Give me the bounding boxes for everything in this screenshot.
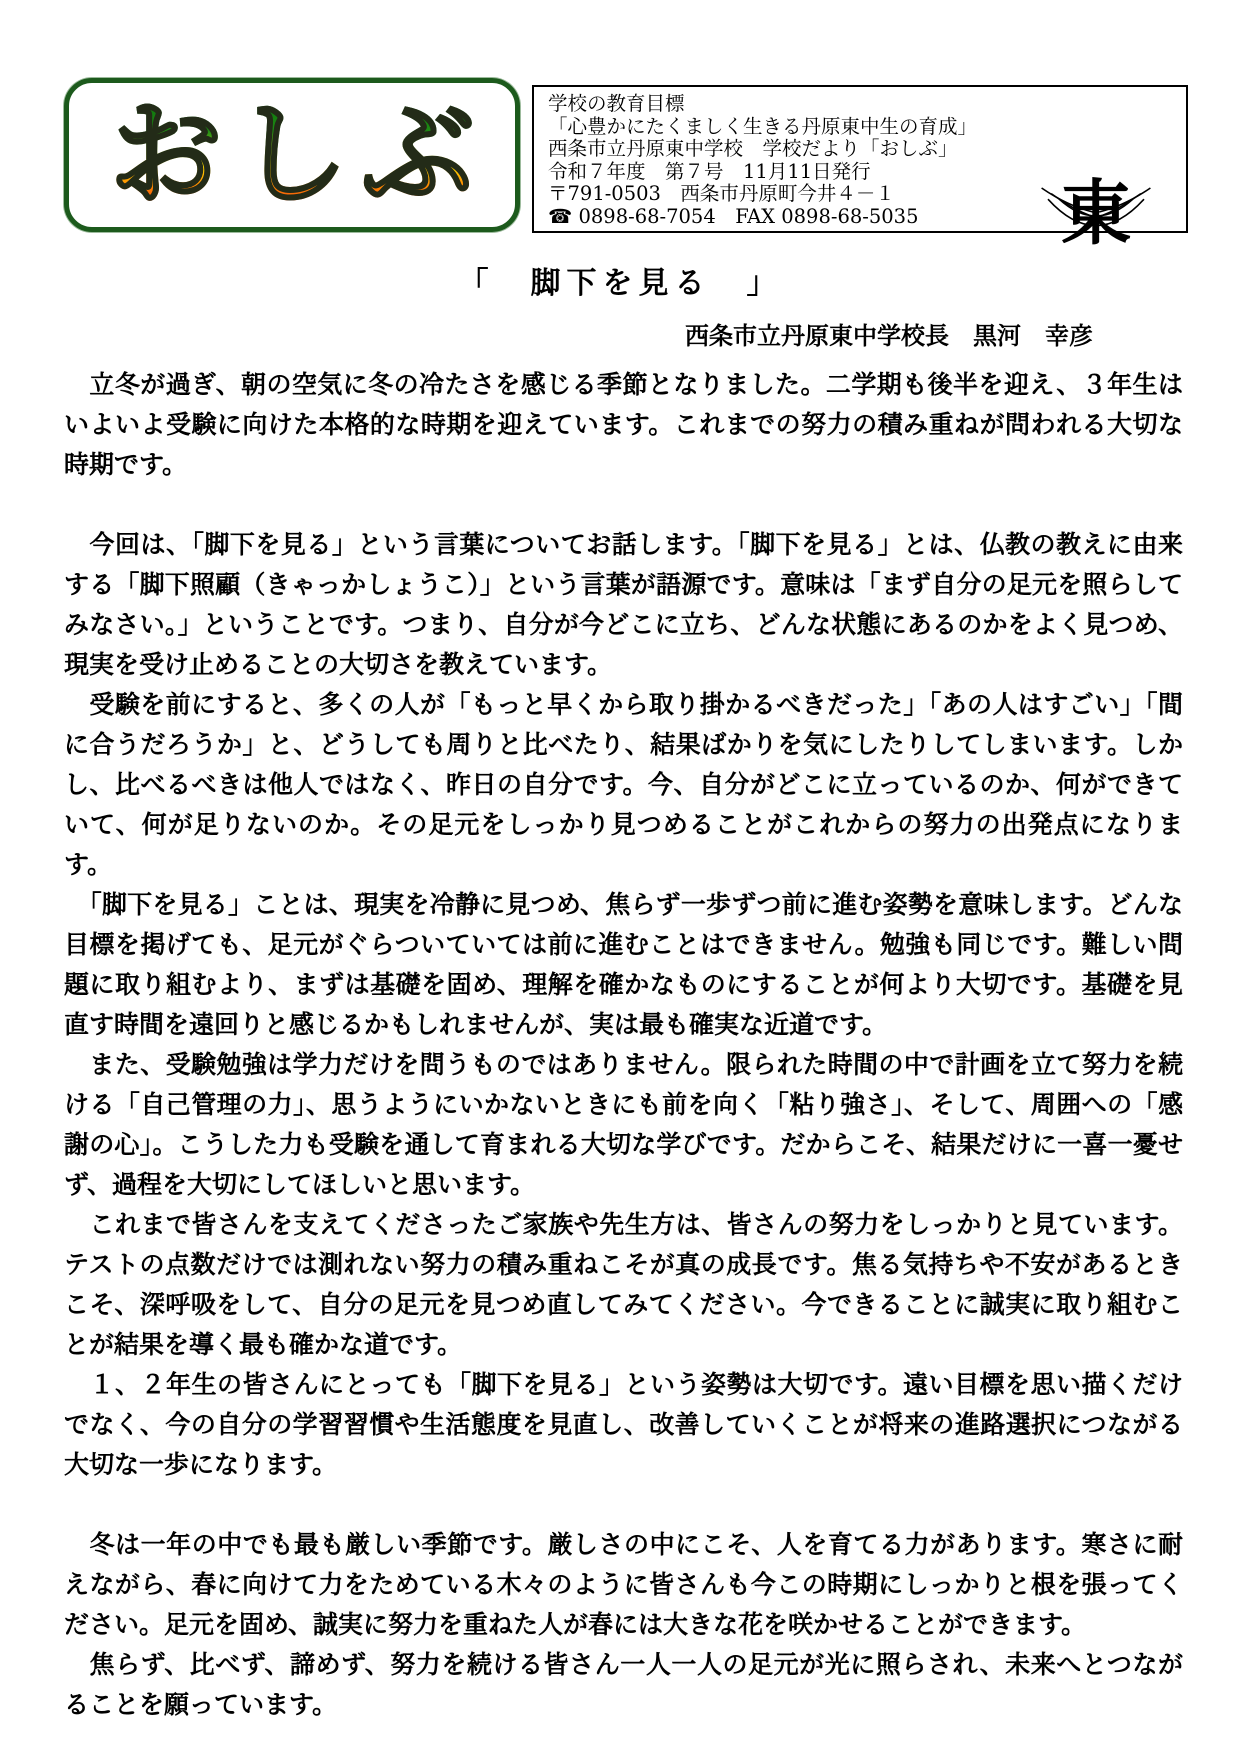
school-emblem-icon: 東	[1040, 172, 1152, 252]
body-paragraph-1: 立冬が過ぎ、朝の空気に冬の冷たさを感じる季節となりました。二学期も後半を迎え、３…	[64, 365, 1183, 485]
info-line-school-name: 西条市立丹原東中学校 学校だより「おしぶ」	[548, 138, 1178, 161]
body-paragraph-3: 受験を前にすると、多くの人が「もっと早くから取り掛かるべきだった」「あの人はすご…	[64, 685, 1183, 885]
info-line-education-goal-label: 学校の教育目標	[548, 93, 1178, 116]
body-paragraph-2: 今回は、「脚下を見る」という言葉についてお話します。「脚下を見る」とは、仏教の教…	[64, 525, 1183, 685]
masthead-logo-box: おしぶ	[64, 78, 520, 232]
newsletter-page: おしぶ 学校の教育目標 「心豊かにたくましく生きる丹原東中生の育成」 西条市立丹…	[0, 0, 1241, 1755]
body-paragraph-4: 「脚下を見る」ことは、現実を冷静に見つめ、焦らず一歩ずつ前に進む姿勢を意味します…	[64, 885, 1183, 1045]
newsletter-logo-text: おしぶ	[96, 99, 488, 211]
body-paragraph-6: これまで皆さんを支えてくださったご家族や先生方は、皆さんの努力をしっかりと見てい…	[64, 1205, 1183, 1365]
body-paragraph-5: また、受験勉強は学力だけを問うものではありません。限られた時間の中で計画を立て努…	[64, 1045, 1183, 1205]
body-paragraph-8: 冬は一年の中でも最も厳しい季節です。厳しさの中にこそ、人を育てる力があります。寒…	[64, 1525, 1183, 1645]
body-paragraph-9: 焦らず、比べず、諦めず、努力を続ける皆さん一人一人の足元が光に照らされ、未来へと…	[64, 1645, 1183, 1725]
body-paragraph-7: １、２年生の皆さんにとっても「脚下を見る」という姿勢は大切です。遠い目標を思い描…	[64, 1365, 1183, 1485]
article-body: 立冬が過ぎ、朝の空気に冬の冷たさを感じる季節となりました。二学期も後半を迎え、３…	[0, 351, 1241, 1725]
info-line-education-goal-text: 「心豊かにたくましく生きる丹原東中生の育成」	[548, 116, 1178, 139]
author-line: 西条市立丹原東中学校長 黒河 幸彦	[0, 321, 1241, 351]
article-title: 「 脚下を見る 」	[0, 265, 1241, 303]
emblem-higashi-character: 東	[1061, 173, 1131, 255]
